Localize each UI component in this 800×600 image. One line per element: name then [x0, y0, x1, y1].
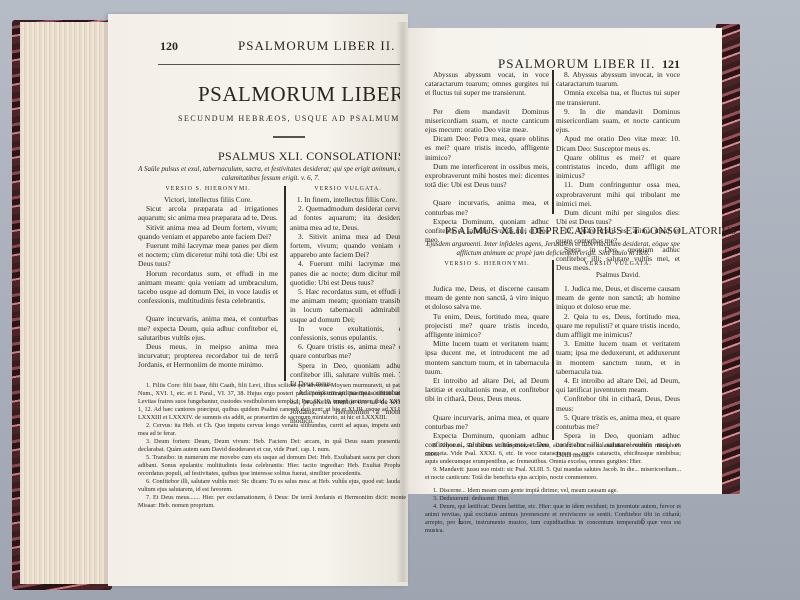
- paragraph: Deus meus, in meipso anima mea incurvatu…: [138, 342, 278, 370]
- text-column-hieronymi: Abyssus abyssum vocat, in voce cataracta…: [425, 70, 549, 244]
- paragraph: Dum me interficerent in ossibus meis, ex…: [425, 162, 549, 190]
- paragraph: 4. Et introibo ad altare Dei, ad Deum, q…: [556, 376, 680, 394]
- footnote: 7. Et Deus meus....... Hier. per exclama…: [138, 494, 406, 510]
- title-rule: [273, 136, 305, 138]
- footnote: 5. Transibo: in numerum me movebo cum ei…: [138, 454, 406, 478]
- paragraph: Quare oblitus es mei? et quare contrista…: [556, 153, 680, 181]
- paragraph: 1. In finem, intellectus filiis Core.: [290, 195, 404, 204]
- paragraph: Victori, intellectus filiis Core.: [138, 195, 278, 204]
- paragraph: 6. Quare tristis es, anima mea? et quare…: [290, 342, 404, 360]
- paragraph: 4. Fuerunt mihi lacrymæ meæ panes die ac…: [290, 259, 404, 287]
- footnote: 2. Cervus: ita Heb. et Ch. Quo impetu ce…: [138, 422, 406, 438]
- paragraph: Judica me, Deus, et discerne causam meam…: [425, 284, 549, 312]
- paragraph: Quare incurvaris, anima mea, et quare co…: [425, 413, 549, 431]
- footnote: 1. Discerne... Idem meam cum gente impiâ…: [425, 487, 681, 495]
- left-page: 120 PSALMORUM LIBER II. PSALMORUM LIBER …: [108, 14, 408, 586]
- paragraph: 3. Emitte lucem tuam et veritatem tuam; …: [556, 339, 680, 376]
- paragraph: Sicut arcola præparata ad irrigationes a…: [138, 204, 278, 222]
- column-divider: [552, 70, 554, 214]
- column-heading-vulgata: VERSIO VULGATA.: [288, 186, 408, 192]
- paragraph: Quare incurvaris, anima mea, et conturba…: [425, 198, 549, 216]
- paragraph: 2. Quemadmodum desiderat cervus ad fonte…: [290, 204, 404, 232]
- header-rule: [158, 64, 403, 65]
- column-divider: [552, 260, 554, 440]
- book-gutter: [396, 22, 410, 582]
- running-head: PSALMORUM LIBER II.: [238, 38, 395, 54]
- paragraph: Tu enim, Deus, fortitudo mea, quare proj…: [425, 312, 549, 340]
- paragraph: Confitebor tibi in citharâ, Deus, Deus m…: [556, 394, 680, 412]
- column-heading-hieronymi: VERSIO S. HIERONYMI.: [425, 261, 549, 267]
- column-heading-vulgata: VERSIO VULGATA.: [556, 261, 680, 267]
- text-column-hieronymi: Judica me, Deus, et discerne causam meam…: [425, 284, 549, 459]
- paragraph: Apud me oratio Deo vitæ meæ: 10. Dicam D…: [556, 134, 680, 152]
- signature-mark: I.: [458, 517, 463, 526]
- paragraph: 1. Judica me, Deus, et discerne causam m…: [556, 284, 680, 312]
- text-column-hieronymi: Victori, intellectus filiis Core. Sicut …: [138, 195, 278, 370]
- paragraph: Et introibo ad altare Dei, ad Deum lætit…: [425, 376, 549, 404]
- footnote: 1. Filiis Core: filii Isaar, filii Caath…: [138, 382, 406, 422]
- paragraph: Abyssus abyssum vocat, in voce cataracta…: [425, 70, 549, 98]
- footnote: 3. Deduxerunt: deducent: Hier.: [425, 495, 681, 503]
- footnote: 9. Mandavit: jussu suo misit: sic Psal. …: [425, 466, 681, 482]
- psalm-argument: Ejusdem argumenti. Inter infideles agens…: [425, 240, 681, 258]
- signature-number: 6: [641, 517, 645, 526]
- psalm-heading: PSALMUS XLII. DEPRECATORIUS ET CONSOLATO…: [445, 225, 740, 237]
- paragraph: 11. Dum confringuntur ossa mea, exprobra…: [556, 180, 680, 208]
- psalm-subheading: Psalmus David.: [556, 271, 680, 279]
- paragraph: Dum dicunt mihi per singulos dies: Ubi e…: [556, 208, 680, 226]
- paragraph: Mitte lucem tuam et veritatem tuam; ipsa…: [425, 339, 549, 376]
- psalm-argument: A Saüle pulsus et exul, tabernaculum, sa…: [138, 165, 403, 183]
- column-divider: [284, 186, 286, 381]
- text-column-vulgata: 1. Judica me, Deus, et discerne causam m…: [556, 284, 680, 459]
- paragraph: Dicam Deo: Petra mea, quare oblitus es m…: [425, 134, 549, 162]
- paragraph: 5. Hæc recordatus sum, et effudi in me a…: [290, 287, 404, 324]
- paragraph: In voce exultationis, et confessionis, s…: [290, 324, 404, 342]
- psalm-heading: PSALMUS XLI. CONSOLATIONIS.: [218, 149, 408, 164]
- paragraph: 5. Quare tristis es, anima mea, et quare…: [556, 413, 680, 431]
- paragraph: Sitivit anima mea ad Deum fortem, vivum;…: [138, 223, 278, 241]
- paragraph: Omnia excelsa tua, et fluctus tui super …: [556, 88, 680, 106]
- paragraph: Horum recordatus sum, et effudi in me an…: [138, 269, 278, 306]
- footnote: 3. Deum fortem: Deum, Deum vivum: Heb. F…: [138, 438, 406, 454]
- paragraph: 9. In die mandavit Dominus misericordiam…: [556, 107, 680, 135]
- paragraph: Per diem mandavit Dominus misericordiam …: [425, 107, 549, 135]
- footnote: 8. Abyssus... Te fluctus ac tempestates …: [425, 442, 681, 466]
- right-page: PSALMORUM LIBER II. 121 Abyssus abyssum …: [400, 28, 722, 494]
- paragraph: 8. Abyssus abyssum invocat, in voce cata…: [556, 70, 680, 88]
- paragraph: Quare incurvaris, anima mea, et conturba…: [138, 314, 278, 342]
- footnote: 6. Confitebor illi, salutare vultûs mei:…: [138, 478, 406, 494]
- footnotes: 1. Filiis Core: filii Isaar, filii Caath…: [138, 382, 406, 510]
- paragraph: 2. Quia tu es, Deus, fortitudo mea, quar…: [556, 312, 680, 340]
- page-number: 120: [160, 39, 178, 54]
- paragraph: Fuerunt mihi lacrymæ meæ panes per diem …: [138, 241, 278, 269]
- page-edges-left: [20, 22, 115, 584]
- paragraph: 3. Sitivit anima mea ad Deum fortem, viv…: [290, 232, 404, 260]
- column-heading-hieronymi: VERSIO S. HIERONYMI.: [138, 186, 278, 192]
